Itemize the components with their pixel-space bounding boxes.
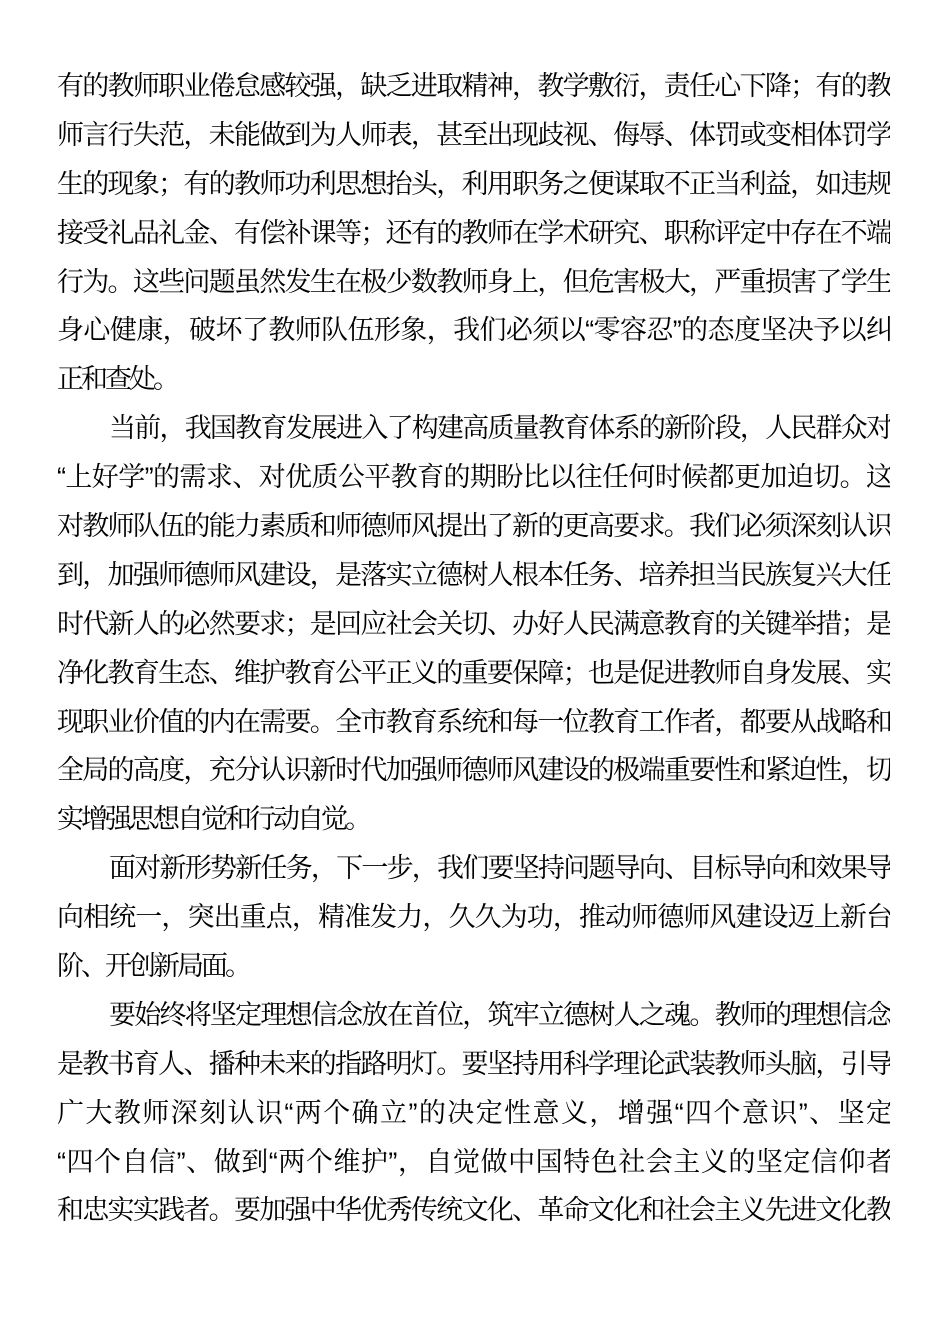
text-line: “四个自信”、做到“两个维护”，自觉做中国特色社会主义的坚定信仰者: [57, 1138, 890, 1187]
text-line: 身心健康，破坏了教师队伍形象，我们必须以“零容忍”的态度坚决予以纠: [57, 306, 890, 355]
text-line: 净化教育生态、维护教育公平正义的重要保障；也是促进教师自身发展、实: [57, 649, 890, 698]
text-line: 实增强思想自觉和行动自觉。: [57, 795, 890, 844]
text-line: 正和查处。: [57, 355, 890, 404]
text-line: 是教书育人、播种未来的指路明灯。要坚持用科学理论武装教师头脑，引导: [57, 1040, 890, 1089]
text-line: 行为。这些问题虽然发生在极少数教师身上，但危害极大，严重损害了学生: [57, 258, 890, 307]
document-page: 有的教师职业倦怠感较强，缺乏进取精神，教学敷衍，责任心下降；有的教师言行失范，未…: [0, 0, 950, 1344]
text-line: 接受礼品礼金、有偿补课等；还有的教师在学术研究、职称评定中存在不端: [57, 209, 890, 258]
text-line: 当前，我国教育发展进入了构建高质量教育体系的新阶段，人民群众对: [57, 404, 890, 453]
text-line: 有的教师职业倦怠感较强，缺乏进取精神，教学敷衍，责任心下降；有的教: [57, 62, 890, 111]
text-line: 和忠实实践者。要加强中华优秀传统文化、革命文化和社会主义先进文化教: [57, 1186, 890, 1235]
text-line: 师言行失范，未能做到为人师表，甚至出现歧视、侮辱、体罚或变相体罚学: [57, 111, 890, 160]
document-text-block: 有的教师职业倦怠感较强，缺乏进取精神，教学敷衍，责任心下降；有的教师言行失范，未…: [57, 62, 890, 1235]
text-line: 面对新形势新任务，下一步，我们要坚持问题导向、目标导向和效果导: [57, 844, 890, 893]
text-line: 要始终将坚定理想信念放在首位，筑牢立德树人之魂。教师的理想信念: [57, 991, 890, 1040]
text-line: 到，加强师德师风建设，是落实立德树人根本任务、培养担当民族复兴大任: [57, 551, 890, 600]
text-line: 时代新人的必然要求；是回应社会关切、办好人民满意教育的关键举措；是: [57, 600, 890, 649]
text-line: 现职业价值的内在需要。全市教育系统和每一位教育工作者，都要从战略和: [57, 698, 890, 747]
page-background: { "page": { "background_color": "#ffffff…: [0, 0, 950, 1344]
text-line: 生的现象；有的教师功利思想抬头，利用职务之便谋取不正当利益，如违规: [57, 160, 890, 209]
text-line: 阶、开创新局面。: [57, 942, 890, 991]
text-line: “上好学”的需求、对优质公平教育的期盼比以往任何时候都更加迫切。这: [57, 453, 890, 502]
text-line: 全局的高度，充分认识新时代加强师德师风建设的极端重要性和紧迫性，切: [57, 746, 890, 795]
text-line: 对教师队伍的能力素质和师德师风提出了新的更高要求。我们必须深刻认识: [57, 502, 890, 551]
text-line: 向相统一，突出重点，精准发力，久久为功，推动师德师风建设迈上新台: [57, 893, 890, 942]
text-line: 广大教师深刻认识“两个确立”的决定性意义，增强“四个意识”、坚定: [57, 1089, 890, 1138]
